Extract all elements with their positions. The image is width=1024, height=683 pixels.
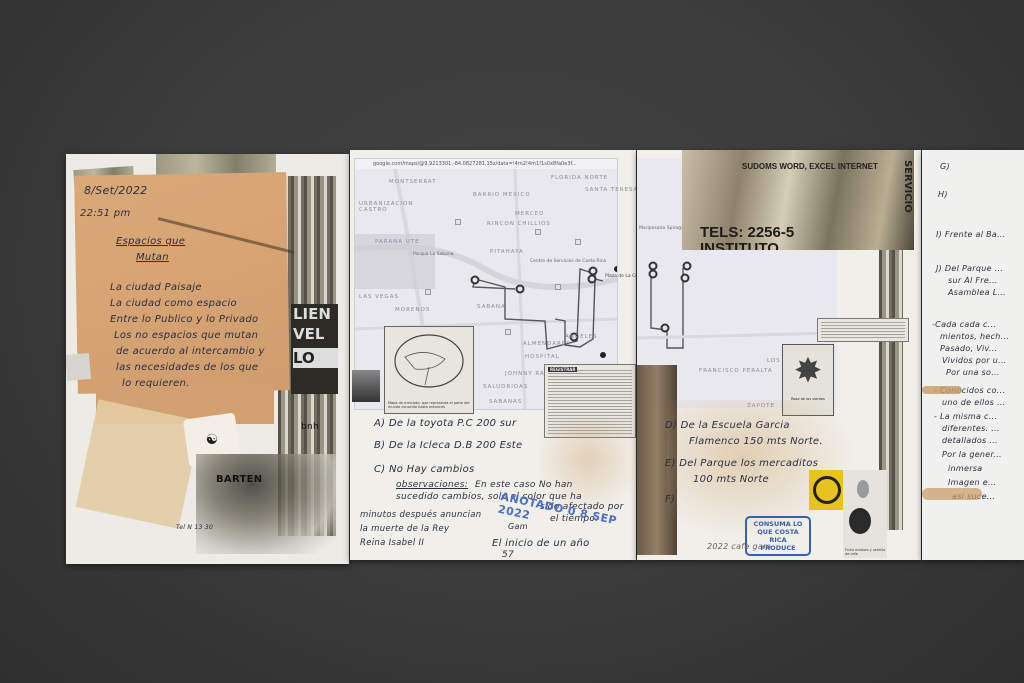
journal-page-3: Mariposario Spirogyra FRANCISCO PERALTA … (637, 150, 921, 560)
clipping-fragment: LIEN VEL LO (291, 304, 338, 394)
side-note-line3: Reina Isabel II (360, 538, 424, 548)
note-e: E) Del Parque los mercaditos (665, 458, 818, 469)
note-a: A) De la toyota P.C 200 sur (374, 418, 516, 429)
map-pin-icon (555, 284, 561, 290)
side-note-line1: minutos después anuncian (360, 510, 481, 520)
journal-page-4: G) H) I) Frente al Ba... J) Del Parque .… (922, 150, 1024, 560)
compass-rose-icon: ✸ (783, 345, 833, 397)
map-pin-icon (575, 239, 581, 245)
signature: 2022 cafe gam (707, 542, 771, 551)
world-map-icon (385, 327, 473, 397)
note-c: C) No Hay cambios (374, 464, 475, 475)
footer-note: El inicio de un año (492, 538, 590, 549)
sketchbook-spread: LIEN VEL LO 8/Set/2022 22:51 pm Espacios… (66, 150, 1024, 562)
margin-note: Tel N 13 30 (176, 524, 213, 531)
map-pin-icon (455, 219, 461, 225)
entry-title-line2: Mutan (136, 252, 169, 263)
grunge-print (196, 454, 336, 554)
stamp-initials: Gam (508, 522, 528, 531)
journal-page-1: LIEN VEL LO 8/Set/2022 22:51 pm Espacios… (66, 154, 349, 564)
coffee-jar-icon (813, 476, 841, 504)
entry-date: 8/Set/2022 (84, 184, 147, 197)
newspaper-collage: SUDOMS WORD, EXCEL INTERNET TELS: 2256-5… (682, 150, 914, 250)
observations-label: observaciones: (396, 480, 468, 490)
coffee-drip (922, 386, 962, 394)
entry-title-line1: Espacios que (116, 236, 185, 247)
footer-number: 57 (502, 550, 514, 560)
coffee-drip (922, 488, 982, 500)
note-d: D) De la Escuela Garcia (665, 420, 790, 431)
vertical-clipping: SERVICIO (899, 160, 913, 410)
coffee-bean-photo: Fruto maduro y semilla de cafe (843, 470, 887, 558)
news-clipping (817, 318, 909, 342)
coffee-label (809, 470, 845, 510)
photo-thumbnail (352, 370, 380, 402)
map-pin-icon (535, 229, 541, 235)
old-world-map-illustration: Mapa de mercado, que representa el parte… (384, 326, 474, 414)
map-pin-icon (505, 329, 511, 335)
note-f: F) (665, 494, 675, 505)
tea-bag (76, 399, 202, 528)
map-url-bar: google.com/maps/@9.9213301,-84.0827281,1… (355, 159, 617, 169)
map-pin-icon (425, 289, 431, 295)
entry-time: 22:51 pm (80, 208, 131, 219)
note-b: B) De la Icleca D.B 200 Este (374, 440, 522, 451)
paper-scrap (66, 353, 91, 381)
side-note-line2: la muerte de la Rey (360, 524, 449, 534)
journal-page-2: google.com/maps/@9.9213301,-84.0827281,1… (350, 150, 636, 560)
tag-logo-icon: ☯ (205, 431, 220, 449)
